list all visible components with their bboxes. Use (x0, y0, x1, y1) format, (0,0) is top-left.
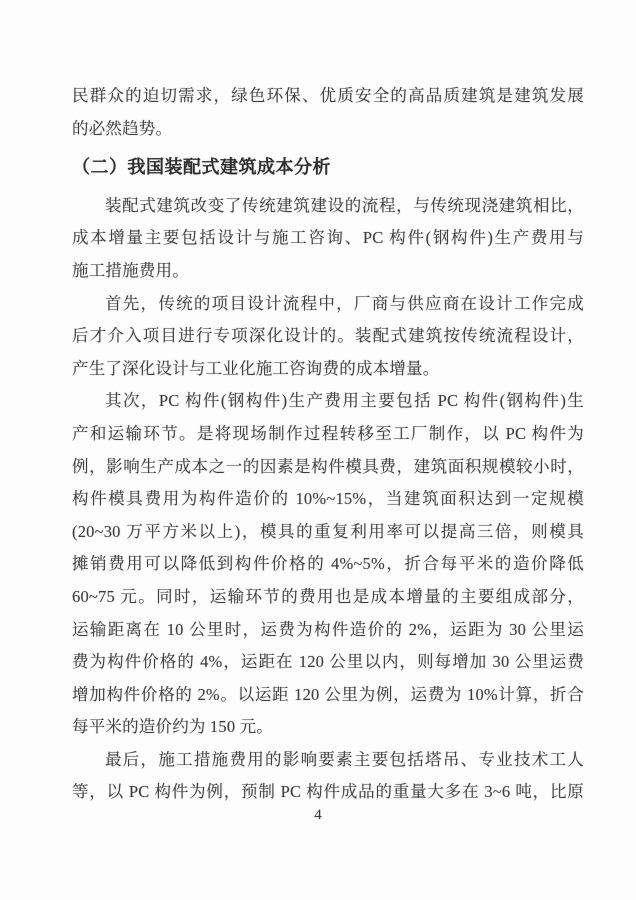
text-line: 例，影响生产成本之一的因素是构件模具费，建筑面积规模较小时， (72, 451, 584, 484)
text-line: 60~75 元。同时，运输环节的费用也是成本增量的主要组成部分， (72, 581, 584, 614)
text-line: 产生了深化设计与工业化施工咨询费的成本增量。 (72, 353, 584, 386)
heading-line: （二）我国装配式建筑成本分析 (72, 151, 584, 184)
text-line: 的必然趋势。 (72, 113, 584, 146)
text-line: 装配式建筑改变了传统建筑建设的流程，与传统现浇建筑相比， (72, 190, 584, 223)
document-page: 民群众的迫切需求，绿色环保、优质安全的高品质建筑是建筑发展的必然趋势。（二）我国… (0, 0, 636, 900)
text-line: 摊销费用可以降低到构件价格的 4%~5%，折合每平米的造价降低 (72, 548, 584, 581)
text-line: 运输距离在 10 公里时，运费为构件造价的 2%，运距为 30 公里运 (72, 614, 584, 647)
page-body: 民群众的迫切需求，绿色环保、优质安全的高品质建筑是建筑发展的必然趋势。（二）我国… (72, 80, 584, 809)
text-line: 产和运输环节。是将现场制作过程转移至工厂制作，以 PC 构件为 (72, 418, 584, 451)
text-line: 首先，传统的项目设计流程中，厂商与供应商在设计工作完成 (72, 288, 584, 321)
text-line: 成本增量主要包括设计与施工咨询、PC 构件(钢构件)生产费用与 (72, 222, 584, 255)
text-line: (20~30 万平方米以上)，模具的重复利用率可以提高三倍，则模具 (72, 516, 584, 549)
text-line: 最后，施工措施费用的影响要素主要包括塔吊、专业技术工人 (72, 744, 584, 777)
text-line: 增加构件价格的 2%。以运距 120 公里为例，运费为 10%计算，折合 (72, 679, 584, 712)
text-line: 其次，PC 构件(钢构件)生产费用主要包括 PC 构件(钢构件)生 (72, 385, 584, 418)
text-line: 每平米的造价约为 150 元。 (72, 711, 584, 744)
text-line: 施工措施费用。 (72, 255, 584, 288)
text-line: 民群众的迫切需求，绿色环保、优质安全的高品质建筑是建筑发展 (72, 80, 584, 113)
page-number: 4 (0, 802, 636, 828)
text-line: 构件模具费用为构件造价的 10%~15%，当建筑面积达到一定规模 (72, 483, 584, 516)
text-line: 费为构件价格的 4%，运距在 120 公里以内，则每增加 30 公里运费 (72, 646, 584, 679)
text-line: 后才介入项目进行专项深化设计的。装配式建筑按传统流程设计， (72, 320, 584, 353)
